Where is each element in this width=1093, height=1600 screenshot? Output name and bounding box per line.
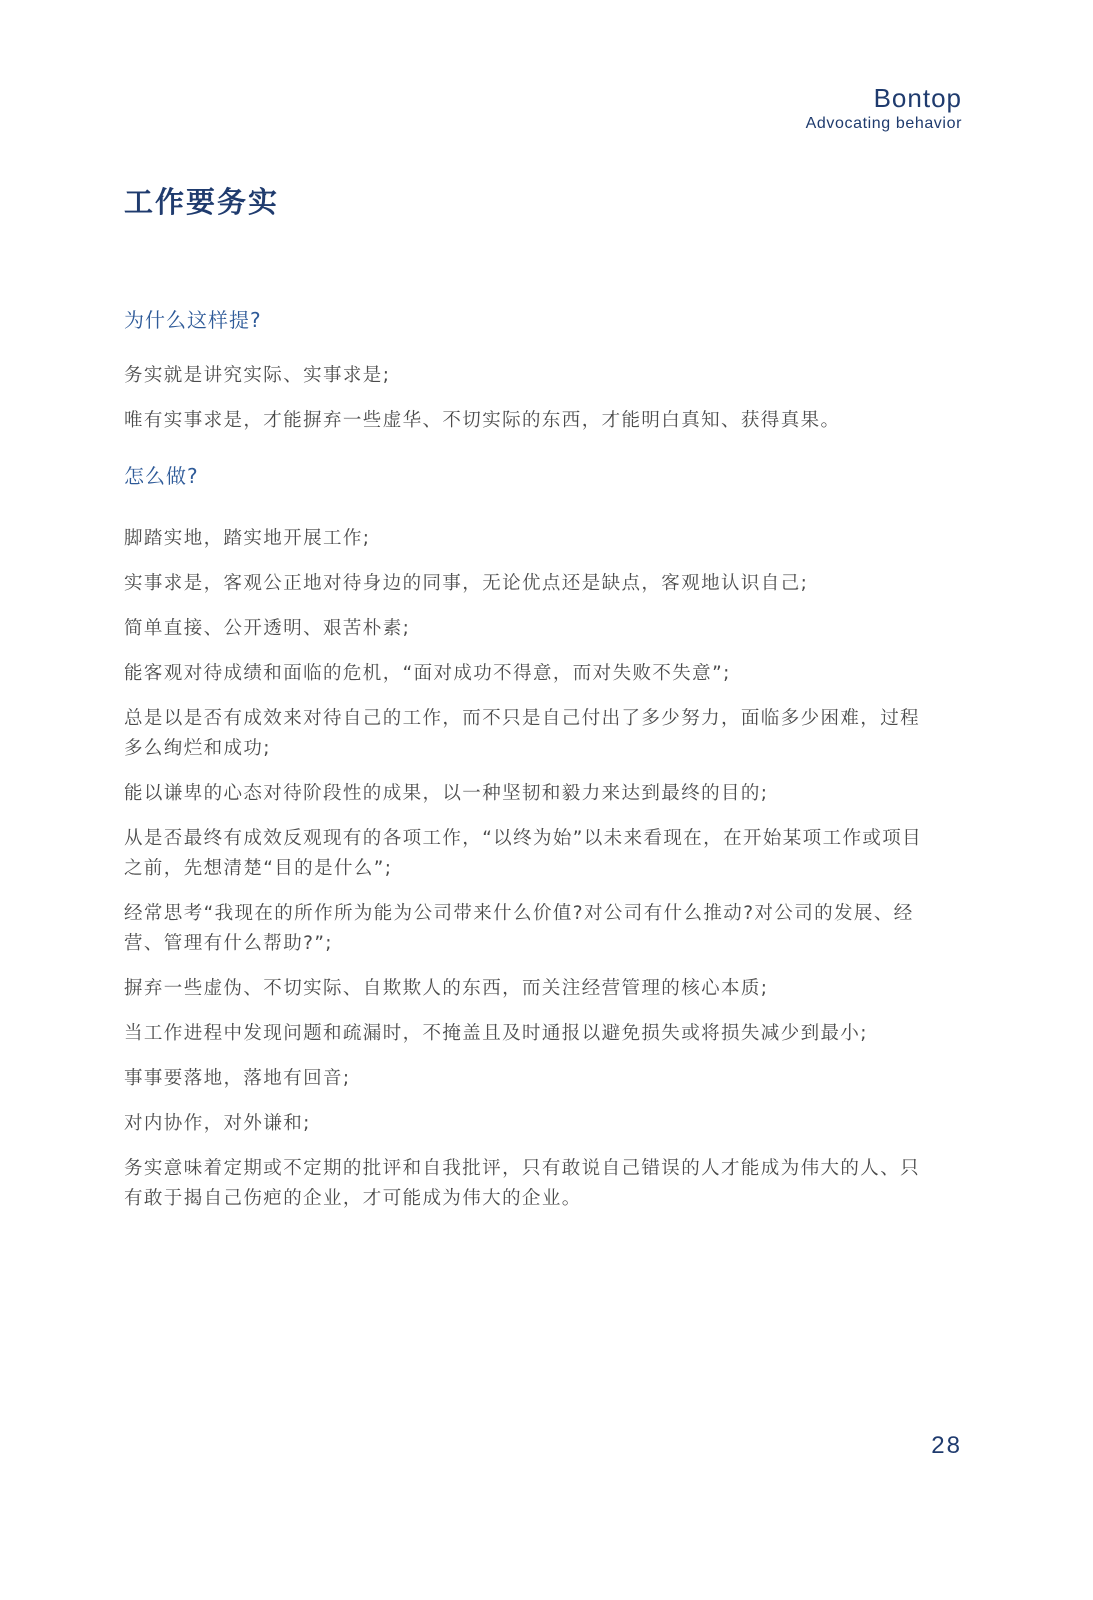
paragraph: 当工作进程中发现问题和疏漏时，不掩盖且及时通报以避免损失或将损失减少到最小;	[124, 1019, 924, 1049]
brand-tagline: Advocating behavior	[806, 114, 962, 134]
page-title: 工作要务实	[124, 182, 279, 222]
paragraph: 唯有实事求是，才能摒弃一些虚华、不切实际的东西，才能明白真知、获得真果。	[124, 406, 924, 436]
paragraph: 务实就是讲究实际、实事求是;	[124, 361, 924, 391]
paragraph: 摒弃一些虚伪、不切实际、自欺欺人的东西，而关注经营管理的核心本质;	[124, 974, 924, 1004]
paragraph: 简单直接、公开透明、艰苦朴素;	[124, 614, 924, 644]
paragraph: 务实意味着定期或不定期的批评和自我批评，只有敢说自己错误的人才能成为伟大的人、只…	[124, 1154, 924, 1214]
paragraph: 能以谦卑的心态对待阶段性的成果，以一种坚韧和毅力来达到最终的目的;	[124, 779, 924, 809]
paragraph: 从是否最终有成效反观现有的各项工作，“以终为始”以未来看现在，在开始某项工作或项…	[124, 824, 924, 884]
section-heading-how: 怎么做?	[124, 462, 199, 490]
section-heading-why: 为什么这样提?	[124, 306, 262, 334]
paragraph: 事事要落地，落地有回音;	[124, 1064, 924, 1094]
paragraph: 经常思考“我现在的所作所为能为公司带来什么价值?对公司有什么推动?对公司的发展、…	[124, 899, 924, 959]
header-brand: Bontop Advocating behavior	[806, 82, 962, 134]
paragraph: 脚踏实地，踏实地开展工作;	[124, 524, 924, 554]
paragraph: 总是以是否有成效来对待自己的工作，而不只是自己付出了多少努力，面临多少困难，过程…	[124, 704, 924, 764]
paragraph: 能客观对待成绩和面临的危机，“面对成功不得意，而对失败不失意”;	[124, 659, 924, 689]
brand-name: Bontop	[806, 82, 962, 114]
paragraph: 实事求是，客观公正地对待身边的同事，无论优点还是缺点，客观地认识自己;	[124, 569, 924, 599]
page-number: 28	[931, 1432, 962, 1460]
paragraph: 对内协作，对外谦和;	[124, 1109, 924, 1139]
